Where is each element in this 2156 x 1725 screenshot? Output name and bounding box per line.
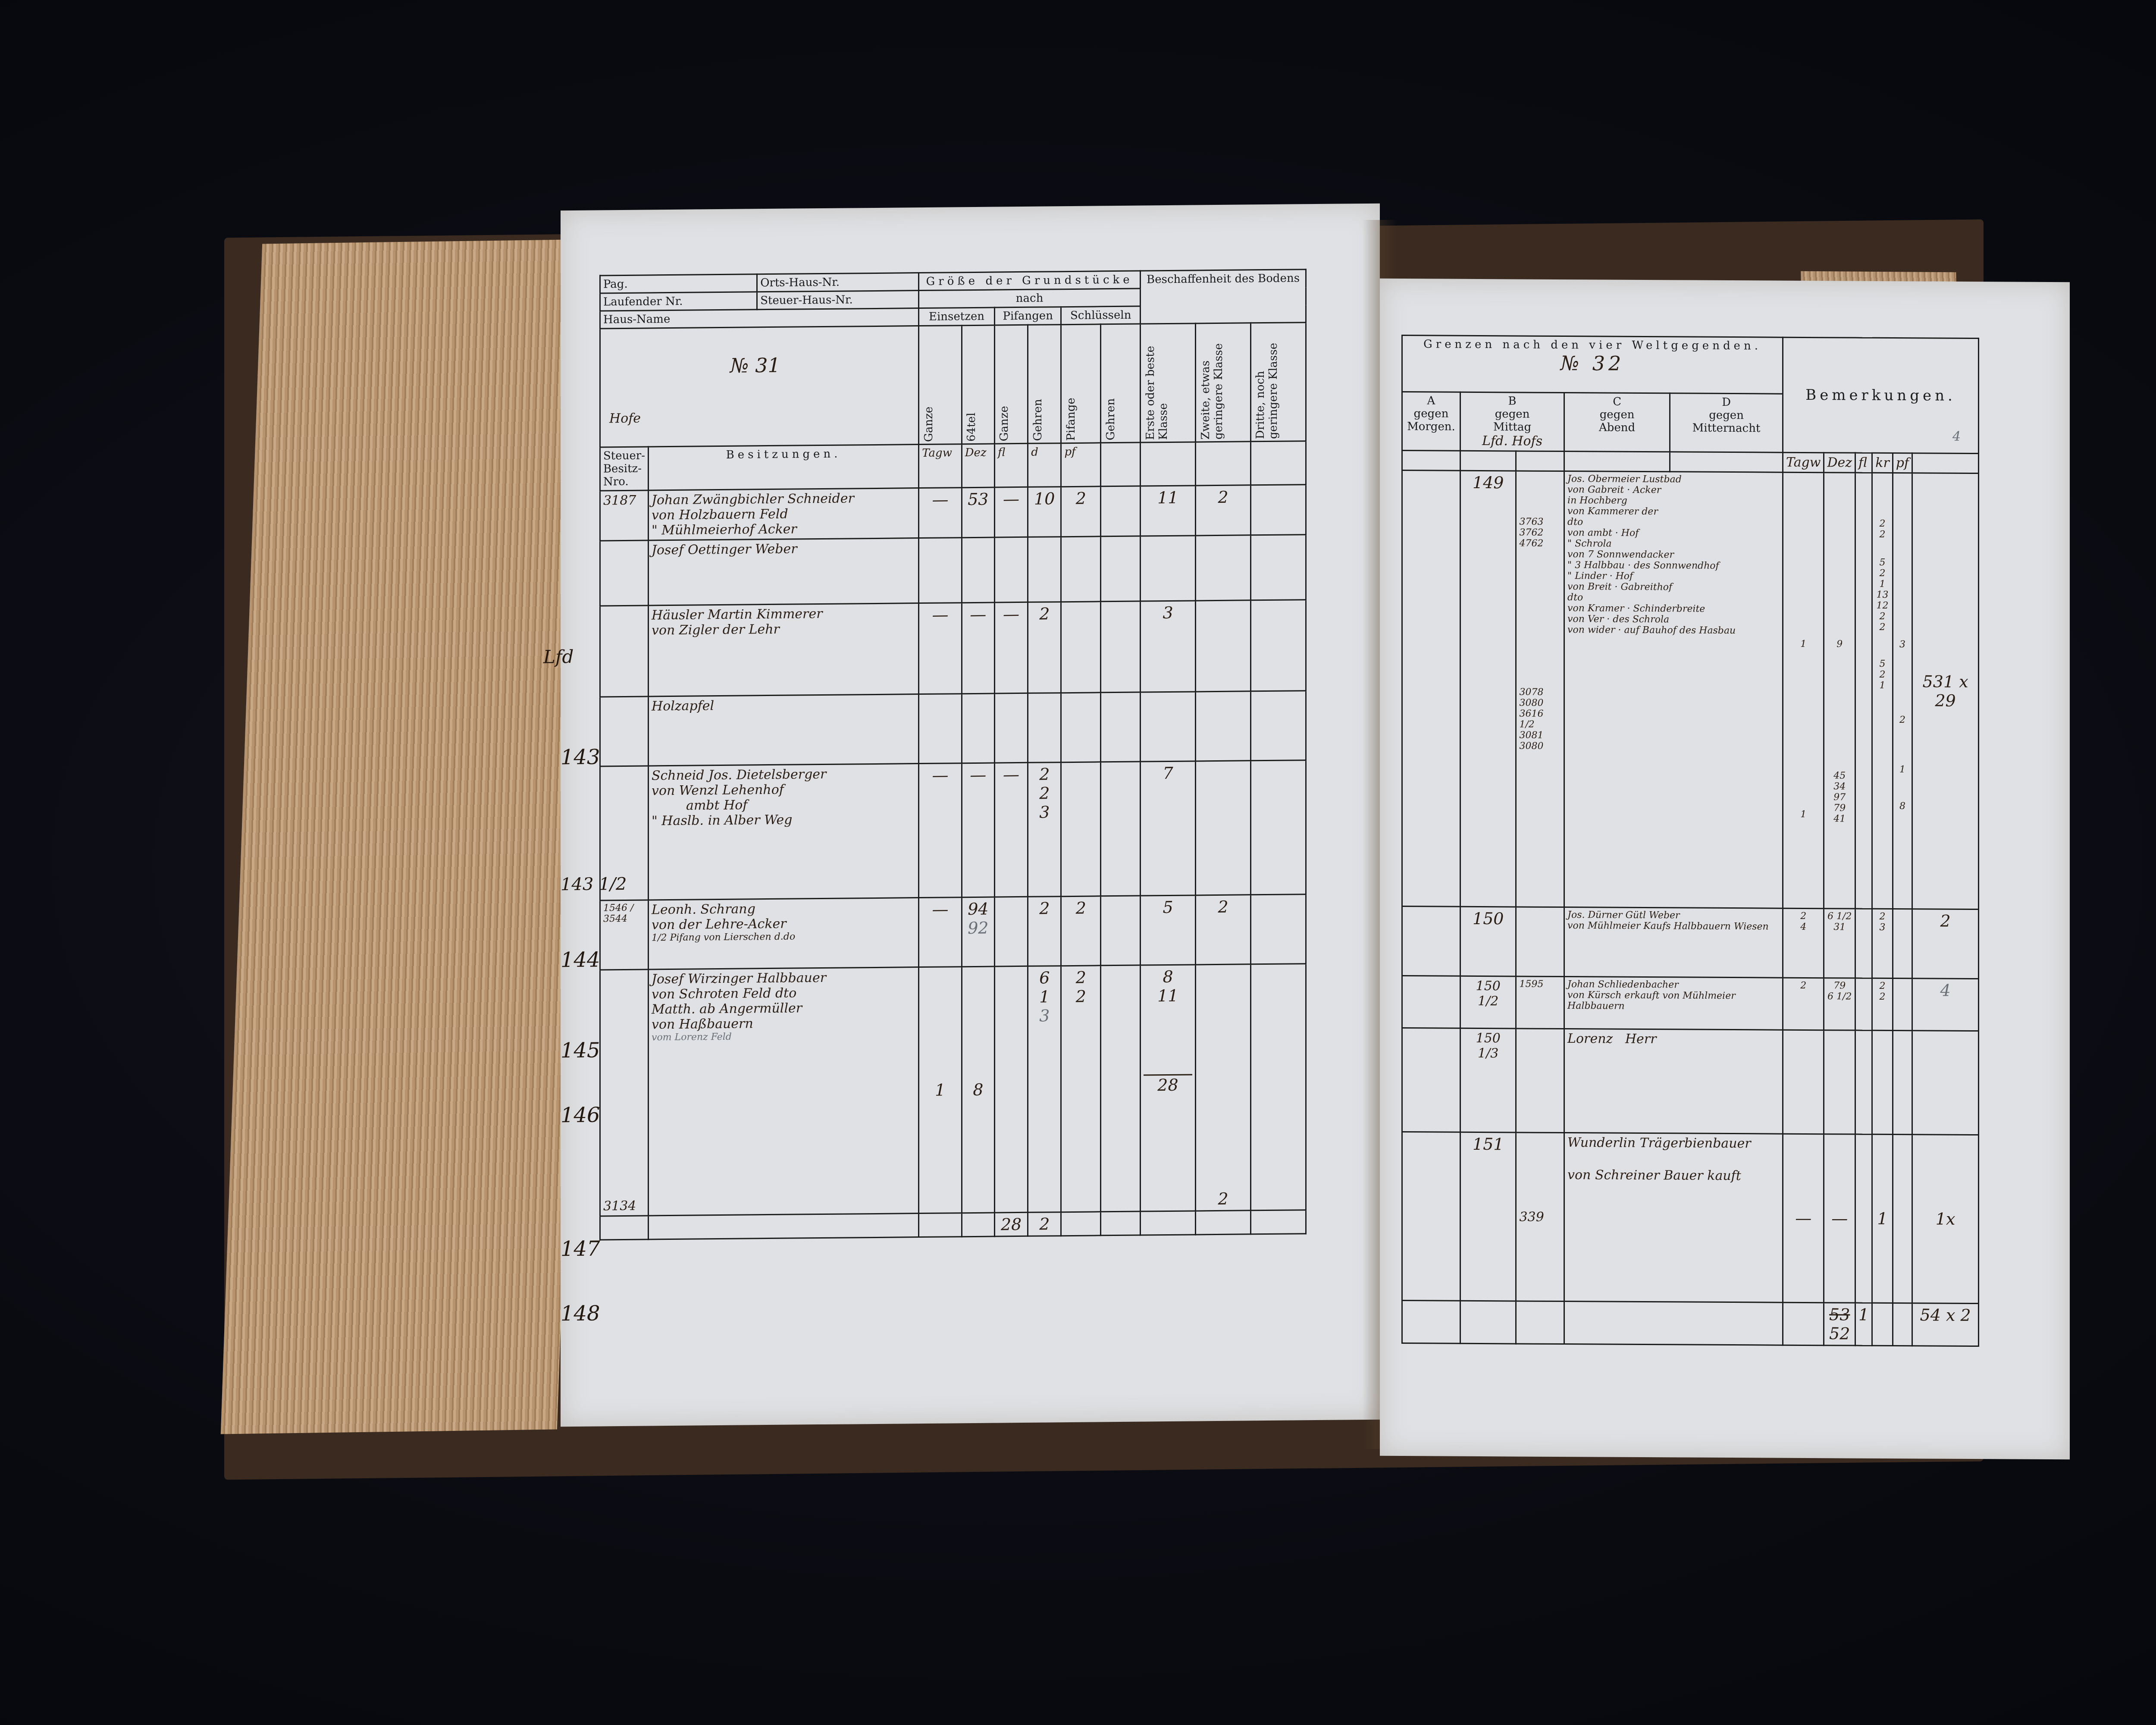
handwritten-heading: Hofe <box>609 411 641 427</box>
parcel-line: " Linder · Hof <box>1567 571 1780 583</box>
steuer-nr: 1595 <box>1516 976 1564 1029</box>
table-row: 150 1/3 Lorenz Herr <box>1402 1028 1979 1135</box>
grenzen-title: Grenzen nach den vier Weltgegenden. <box>1405 338 1780 353</box>
row-number: 145 <box>561 1038 600 1063</box>
value-cell: 2 <box>1061 896 1101 966</box>
subtotal-cell: 28 <box>1144 1074 1192 1095</box>
total-gehren: 2 <box>1028 1212 1061 1236</box>
einsetzen-label: Einsetzen <box>919 307 995 326</box>
value-cell: — <box>962 763 994 897</box>
entry-line: von Haßbauern <box>652 1015 915 1032</box>
entry-line: " Mühlmeierhof Acker <box>652 521 915 538</box>
owner-name: Jos. Obermeier Lustbad <box>1567 474 1780 486</box>
table-row: 1546 / 3544 Leonh. Schrang von der Lehre… <box>600 894 1306 970</box>
table-row: 150 Jos. Dürner Gütl Weber von Mühlmeier… <box>1402 906 1979 979</box>
table-row: Holzapfel <box>600 691 1306 766</box>
open-ledger-book: Lfd Pag. Orts-Haus-Nr. Größe der Grundst… <box>224 203 1984 1475</box>
total-struck: 53 <box>1827 1305 1852 1324</box>
subtotal-cell: 2 <box>1196 964 1251 1211</box>
col-klasse-3: Dritte, noch geringere Klasse <box>1250 323 1306 442</box>
unit-dez: Dez <box>962 444 994 488</box>
col-klasse-1: Erste oder beste Klasse <box>1141 323 1196 442</box>
total-tagw: 52 <box>1827 1324 1852 1343</box>
entry-line: von Wenzl Lehenhof <box>652 781 915 798</box>
entry-line: Häusler Martin Kimmerer <box>652 605 915 623</box>
total-dez: 1 <box>1855 1303 1872 1345</box>
haus-no: № 32 <box>1405 351 1780 376</box>
klasse-cell: 8 <box>1144 967 1192 987</box>
col-pifangen-gehren: Gehren <box>1028 325 1061 444</box>
parcel-line: dto <box>1567 592 1780 604</box>
entry-line: ambt Hof <box>652 796 915 813</box>
klasse-cell: 7 <box>1141 761 1196 896</box>
klasse-cell: 5 <box>1141 895 1196 965</box>
entry-line: Schneid Jos. Dietelsberger <box>652 766 915 783</box>
margin-heading: Lfd <box>543 646 573 668</box>
owner-name: Jos. Dürner Gütl Weber <box>1567 910 1780 922</box>
beschaffenheit-title: Beschaffenheit des Bodens <box>1141 270 1306 324</box>
value-cell: 3 <box>1031 1006 1058 1026</box>
parcel-line: von Ver · des Schrola <box>1567 614 1780 626</box>
unit-pf: pf <box>1061 443 1101 487</box>
value-cell: 8 <box>962 966 994 1213</box>
row-number: 143 1/2 <box>561 874 627 894</box>
value-cell: — <box>919 488 962 538</box>
value-cell: 2 <box>1031 765 1058 784</box>
col-pifangen-ganze: Ganze <box>994 325 1028 444</box>
entry-line: von Zigler der Lehr <box>652 621 915 638</box>
value-cell: 2 <box>1061 486 1101 537</box>
direction-d: DgegenMitternacht <box>1670 393 1783 452</box>
pifangen-label: Pifangen <box>994 307 1061 325</box>
bemerkungen-label: Bemerkungen. <box>1786 386 1975 405</box>
entry-line: Leonh. Schrang <box>652 900 915 917</box>
row-number: 146 <box>561 1103 600 1127</box>
unit-dez: Dez <box>1824 453 1855 473</box>
value-cell: 10 <box>1028 487 1061 537</box>
parcel-line: Herr <box>1625 1032 1657 1047</box>
haus-name-value: № 31 <box>730 354 780 377</box>
row-number: 143 <box>561 745 600 769</box>
owner-name: Lorenz <box>1567 1031 1613 1047</box>
table-row: 149 376337624762 30783080 3616 1/2308130… <box>1402 470 1979 910</box>
handwritten-heading: Lfd. Hofs <box>1463 433 1561 449</box>
klasse-cell: 11 <box>1144 986 1192 1006</box>
value-cell: 6 <box>1031 968 1058 988</box>
klasse-cell: 2 <box>1196 895 1251 965</box>
entry-line: " Haslb. in Alber Weg <box>652 811 915 828</box>
value-cell: — <box>994 602 1028 693</box>
row-number: 147 <box>561 1236 600 1261</box>
table-row: 151 339 Wunderlin Trägerbienbauer von Sc… <box>1402 1132 1979 1304</box>
parcel-line: von Mühlmeier Kaufs Halbbauern Wiesen <box>1567 920 1780 932</box>
entry-line: Josef Wirzinger Halbbauer <box>652 969 915 987</box>
steuer-nr: 3187 <box>600 490 649 541</box>
col-einsetzen-ganze: Ganze <box>919 326 962 445</box>
steuer-haus-nr-label: Steuer-Haus-Nr. <box>757 291 919 310</box>
total-remarks: 54 x 2 <box>1912 1303 1979 1346</box>
entry-line: Matth. ab Angermüller <box>652 1000 915 1017</box>
unit-tagw: Tagw <box>1783 452 1824 472</box>
left-register-table: Pag. Orts-Haus-Nr. Größe der Grundstücke… <box>599 269 1307 1240</box>
row-number: 144 <box>561 947 600 972</box>
groesse-title: Größe der Grundstücke <box>919 271 1141 290</box>
steuer-nr: 3134 <box>600 969 649 1216</box>
unit-kr: kr <box>1872 453 1893 473</box>
row-number: 150 <box>1460 906 1516 976</box>
value-cell: — <box>919 897 962 967</box>
parcel-line: " 3 Halbbau · des Sonnwendhof <box>1567 560 1780 572</box>
entry-line: 1/2 Pifang von Lierschen d.do <box>652 930 915 943</box>
klasse-cell: 11 <box>1141 486 1196 536</box>
steuer-nr: 339 <box>1516 1132 1564 1302</box>
laufender-nr-label: Laufender Nr. <box>600 292 757 311</box>
value-cell: 2 <box>1031 784 1058 803</box>
unit-pf: pf <box>1893 453 1912 473</box>
besitzungen-label: Besitzungen. <box>649 445 919 490</box>
value-cell: — <box>962 602 994 694</box>
entry-line: vom Lorenz Feld <box>652 1030 915 1043</box>
direction-a: AgegenMorgen. <box>1402 392 1460 451</box>
haus-name-label: Haus-Name <box>600 308 919 329</box>
owner-name: Wunderlin Trägerbienbauer <box>1567 1135 1780 1151</box>
value-cell: 2 <box>1064 987 1097 1006</box>
entry-line: von Schroten Feld dto <box>652 985 915 1002</box>
table-row: 150 1/2 1595 Johan Schliedenbacher von K… <box>1402 976 1979 1031</box>
direction-b: BgegenMittagLfd. Hofs <box>1460 392 1564 451</box>
value-cell: 53 <box>962 487 994 538</box>
value-cell: 2 <box>1028 602 1061 693</box>
row-number: 148 <box>561 1301 600 1326</box>
parcel-line: von ambt · Hof <box>1567 527 1780 539</box>
nach-label: nach <box>919 289 1141 308</box>
parcel-line: von wider · auf Bauhof des Hasbau <box>1567 624 1780 637</box>
parcel-line: von Kürsch erkauft von Mühlmeier Halbbau… <box>1567 990 1780 1013</box>
pencil-page-number: 4 <box>1952 429 1961 444</box>
total-row: 5352 1 54 x 2 <box>1402 1301 1979 1346</box>
schluesseln-label: Schlüsseln <box>1061 306 1141 325</box>
value-cell: 94 <box>965 900 991 919</box>
remarks-cell: 1x <box>1912 1135 1979 1304</box>
left-page-edges <box>221 239 599 1434</box>
klasse-cell: 3 <box>1141 601 1196 692</box>
value-cell: 1 <box>919 967 962 1214</box>
row-number: 151 <box>1460 1132 1516 1301</box>
value-cell: 1 <box>1031 987 1058 1007</box>
value-cell: — <box>919 603 962 694</box>
steuer-nr: 1546 / 3544 <box>600 900 649 970</box>
parcel-line: von Schreiner Bauer kauft <box>1567 1167 1780 1184</box>
value-cell: — <box>994 487 1028 537</box>
entry-line: Johan Zwängbichler Schneider <box>652 490 915 508</box>
right-page: Grenzen nach den vier Weltgegenden. № 32… <box>1380 279 2070 1459</box>
direction-c: CgegenAbend <box>1564 393 1670 452</box>
col-schluesseln-pifange: Pifange <box>1061 324 1101 443</box>
table-row: Häusler Martin Kimmerer von Zigler der L… <box>600 600 1306 697</box>
table-row: 3134 Josef Wirzinger Halbbauer von Schro… <box>600 964 1306 1216</box>
parcel-line: in Hochberg <box>1567 495 1780 507</box>
entry-line: von Holzbauern Feld <box>652 505 915 523</box>
entry-line: Holzapfel <box>649 694 919 766</box>
col-einsetzen-64tel: 64tel <box>962 325 994 444</box>
value-cell: — <box>994 762 1028 897</box>
pag-label: Pag. <box>600 274 757 293</box>
value-cell: — <box>919 763 962 898</box>
parcel-line: " Schrola <box>1567 538 1780 550</box>
parcel-line: von 7 Sonnwendacker <box>1567 549 1780 561</box>
col-klasse-2: Zweite, etwas geringere Klasse <box>1196 323 1251 442</box>
unit-d: d <box>1028 443 1061 487</box>
remarks-cell: 531 x 29 <box>1912 473 1979 910</box>
remarks-cell: 4 <box>1912 979 1979 1031</box>
parcel-line: von Gabreit · Acker <box>1567 484 1780 496</box>
parcel-line: von Kammerer der <box>1567 506 1780 518</box>
unit-fl: fl <box>1855 453 1872 473</box>
table-row: 3187 Johan Zwängbichler Schneider von Ho… <box>600 485 1306 541</box>
value-cell: 92 <box>965 919 991 938</box>
owner-name: Johan Schliedenbacher <box>1567 979 1780 991</box>
row-number: 149 <box>1460 470 1516 907</box>
unit-tagw: Tagw <box>919 444 962 488</box>
entry-line: Josef Oettinger Weber <box>649 538 919 605</box>
total-ganze: 28 <box>994 1212 1028 1236</box>
entry-line: von der Lehre-Acker <box>652 915 915 932</box>
parcel-line: von Kramer · Schinderbreite <box>1567 603 1780 615</box>
value-cell: 2 <box>1064 968 1097 987</box>
left-page: Lfd Pag. Orts-Haus-Nr. Größe der Grundst… <box>561 204 1380 1427</box>
steuer-besitz-nro-label: Steuer-Besitz-Nro. <box>600 447 649 491</box>
table-row: Josef Oettinger Weber <box>600 535 1306 606</box>
parcel-line: dto <box>1567 517 1780 529</box>
right-register-table: Grenzen nach den vier Weltgegenden. № 32… <box>1401 335 1979 1347</box>
col-schluesseln-gehren: Gehren <box>1101 324 1141 443</box>
table-row: Schneid Jos. Dietelsberger von Wenzl Leh… <box>600 760 1306 900</box>
row-number: 150 1/2 <box>1460 976 1516 1029</box>
remarks-cell: 2 <box>1912 909 1979 979</box>
klasse-cell: 2 <box>1196 485 1251 536</box>
parcel-line: von Breit · Gabreithof <box>1567 581 1780 593</box>
orts-haus-nr-label: Orts-Haus-Nr. <box>757 273 919 292</box>
row-number: 150 1/3 <box>1460 1028 1516 1132</box>
value-cell: 3 <box>1031 803 1058 822</box>
value-cell: 2 <box>1028 897 1061 966</box>
unit-fl: fl <box>994 443 1028 487</box>
